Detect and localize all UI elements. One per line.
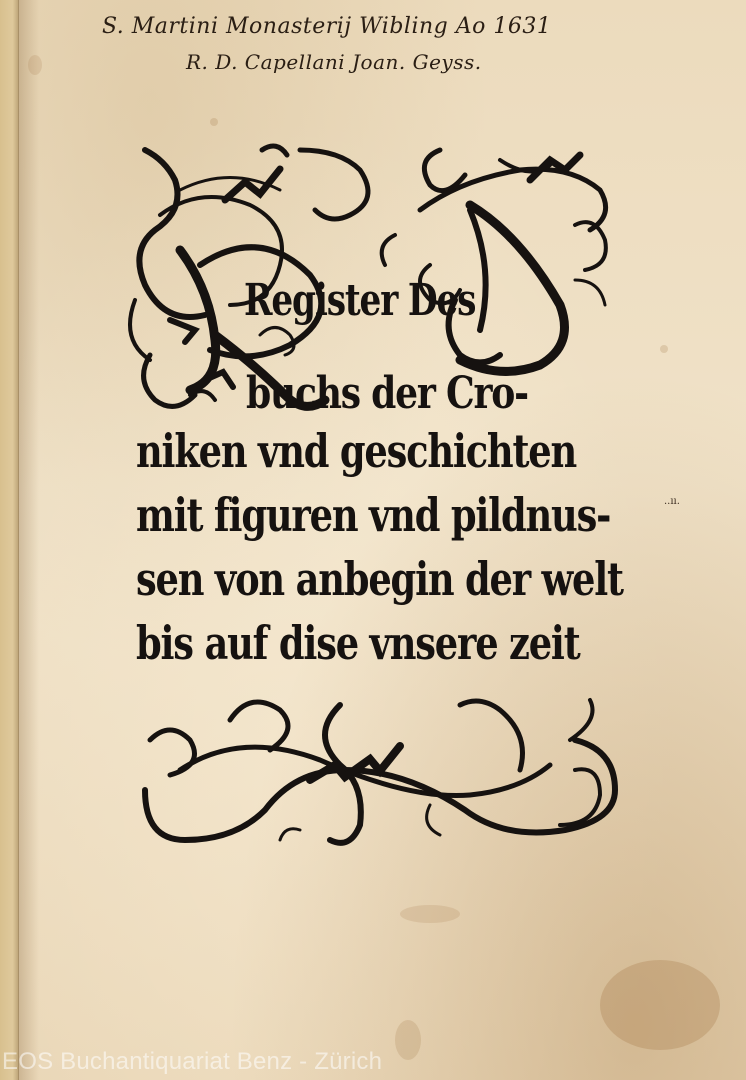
scanned-page: S. Martini Monasterij Wibling Ao 1631 R.…: [0, 0, 746, 1080]
title-line-4: mit figuren vnd pildnus-: [136, 488, 610, 542]
title-line-1: Register Des: [244, 275, 475, 326]
title-line-2: buchs der Cro-: [246, 368, 528, 419]
title-line-5: sen von anbegin der welt: [136, 552, 623, 606]
title-line-3: niken vnd geschichten: [136, 424, 576, 478]
margin-mark: ..ıı.: [664, 496, 680, 507]
watermark-text: EOS Buchantiquariat Benz - Zürich: [2, 1048, 382, 1076]
title-line-6: bis auf dise vnsere zeit: [136, 616, 580, 670]
